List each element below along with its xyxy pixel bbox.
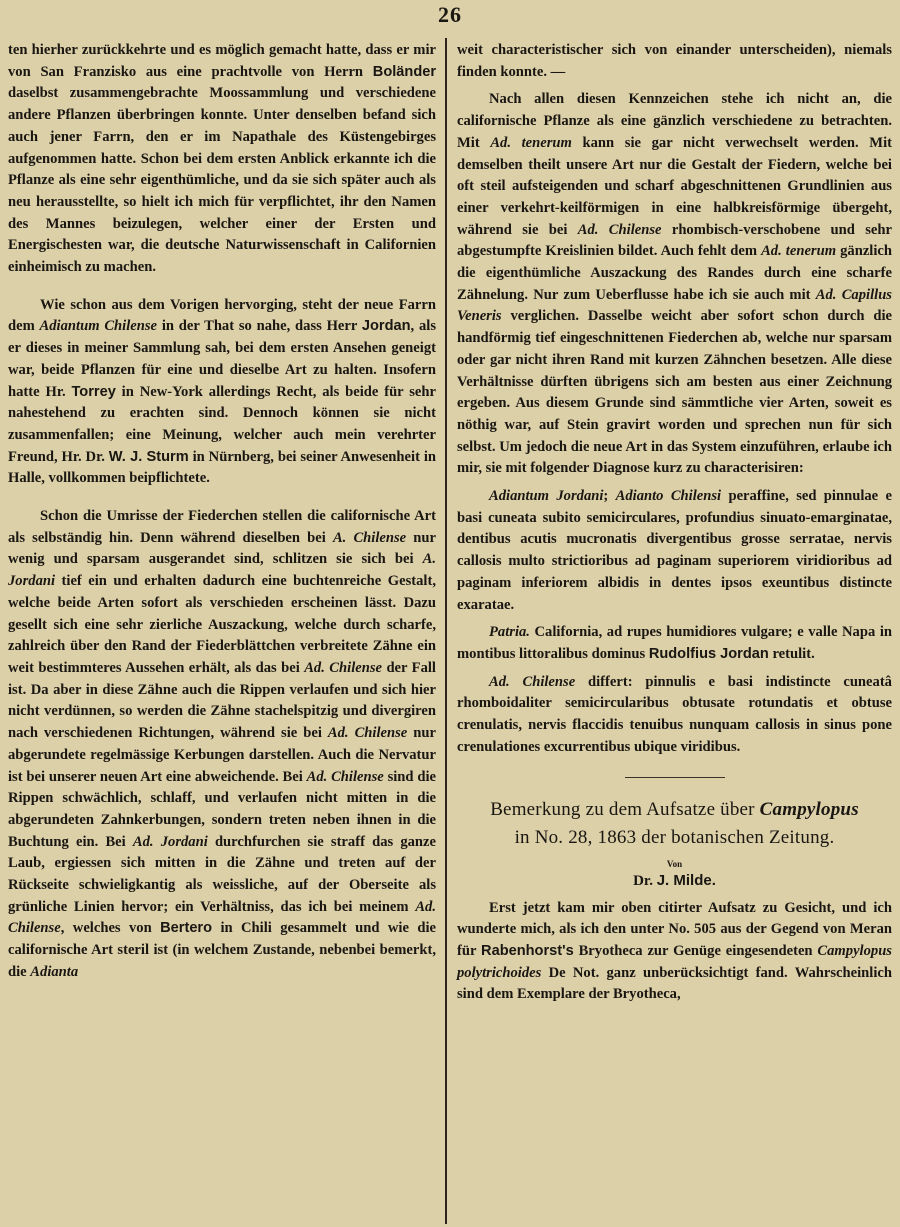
author-byline: Dr. J. Milde. [457, 870, 892, 892]
species-name: Ad. Chilense [307, 769, 384, 785]
byline-von: Von [457, 858, 892, 870]
paragraph: Wie schon aus dem Vorigen hervorging, st… [8, 295, 436, 490]
person-name: Torrey [71, 384, 115, 400]
section-separator [625, 777, 725, 778]
species-name: A. Chilense [333, 530, 406, 546]
paragraph: weit characteristischer sich von einande… [457, 40, 892, 83]
person-name: Rudolfius Jordan [649, 646, 769, 662]
species-name: Adiantum Chilense [40, 318, 158, 334]
paragraph: ten hierher zurückkehrte und es möglich … [8, 40, 436, 279]
species-name: Ad. Jordani [133, 834, 208, 850]
document-page: 26 ten hierher zurückkehrte und es mögli… [0, 0, 900, 1227]
species-name: Adianta [30, 964, 78, 980]
species-name: Ad. Chilense [328, 725, 407, 741]
diagnosis-paragraph: Adiantum Jordani; Adianto Chilensi peraf… [457, 486, 892, 616]
species-name: Adianto Chilensi [616, 488, 721, 504]
person-name: W. J. Sturm [109, 449, 189, 465]
person-name: Jordan [362, 318, 411, 334]
person-name: Boländer [373, 64, 436, 80]
person-name: Rabenhorst's [481, 943, 574, 959]
species-name: Ad. tenerum [761, 243, 836, 259]
page-number: 26 [0, 2, 900, 28]
person-name: San Franzisko [40, 64, 136, 80]
left-column: ten hierher zurückkehrte und es möglich … [8, 40, 436, 984]
species-name: Ad. Chilense [489, 674, 575, 690]
article-title: Bemerkung zu dem Aufsatze über Campylopu… [457, 796, 892, 852]
column-divider [445, 38, 447, 1224]
species-name: Ad. Chilense [304, 660, 382, 676]
species-name: Ad. tenerum [490, 135, 572, 151]
section-label: Patria. [489, 624, 530, 640]
species-name: Ad. Chilense [578, 222, 662, 238]
species-name: Adiantum Jordani [489, 488, 603, 504]
person-name: Bertero [160, 920, 212, 936]
paragraph: Erst jetzt kam mir oben citirter Aufsatz… [457, 898, 892, 1007]
paragraph: Ad. Chilense differt: pinnulis e basi in… [457, 672, 892, 759]
paragraph: Nach allen diesen Kennzeichen stehe ich … [457, 89, 892, 480]
right-column: weit characteristischer sich von einande… [457, 40, 892, 1006]
paragraph: Schon die Umrisse der Fiederchen stellen… [8, 506, 436, 983]
author-name: J. Milde. [657, 872, 716, 889]
genus-name: Campylopus [760, 799, 859, 820]
paragraph: Patria. California, ad rupes humidiores … [457, 622, 892, 665]
